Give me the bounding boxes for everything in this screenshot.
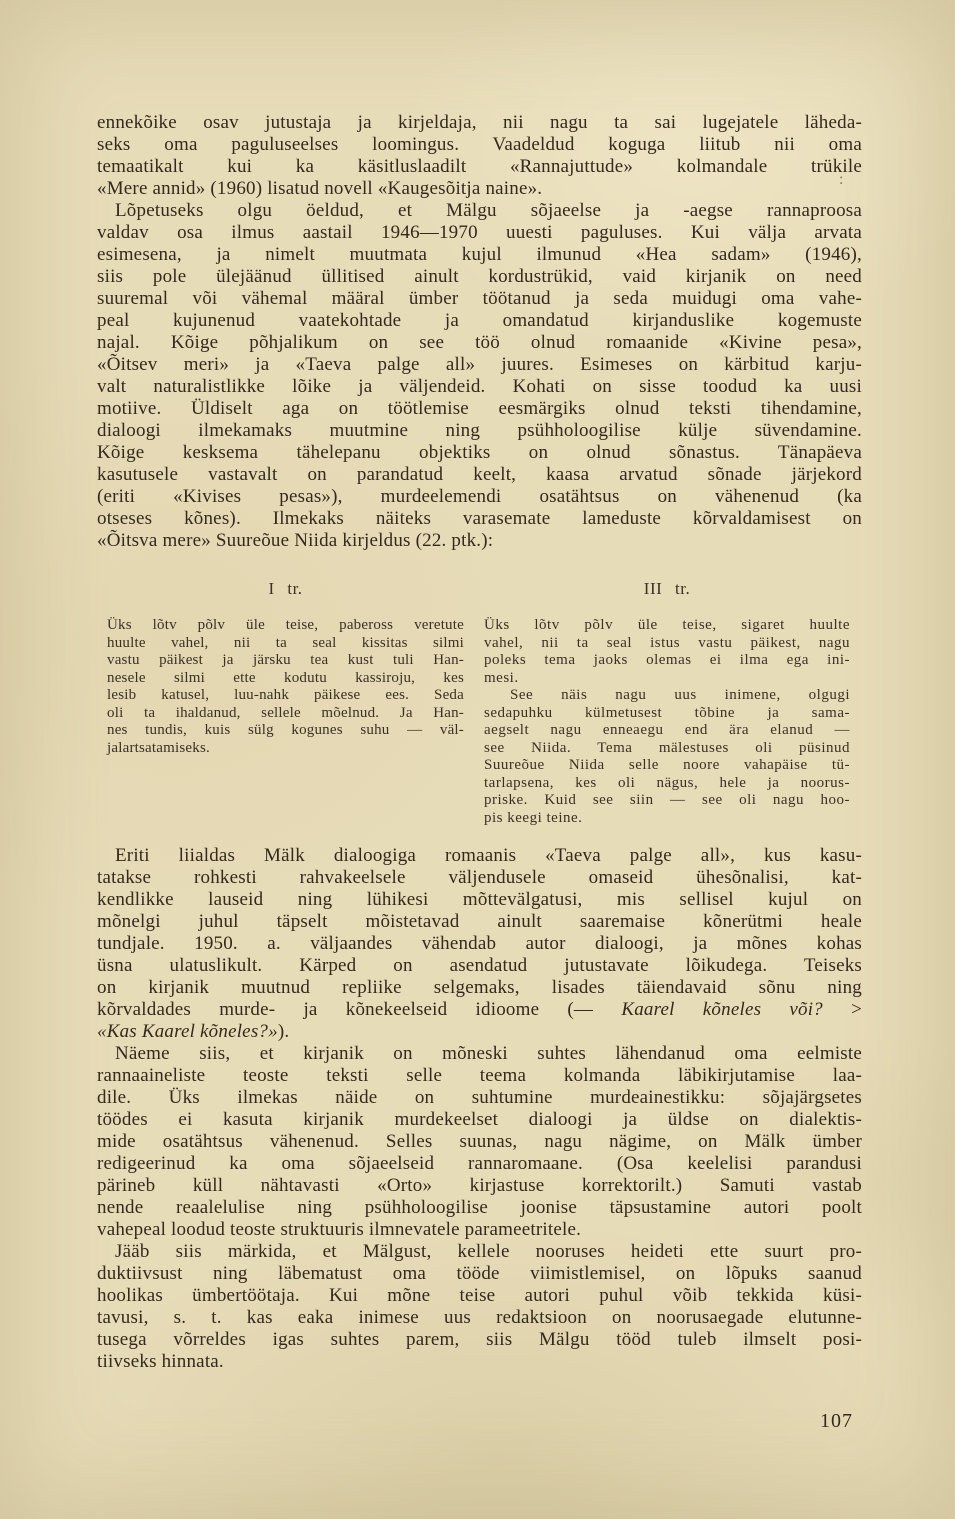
text-line: hoolikas ümbertöötaja. Kui mõne teise au… [97, 1285, 862, 1307]
text-line: tusega võrreldes igas suhtes parem, siis… [97, 1329, 862, 1351]
paragraph: Üks lõtv põlv üle teise, pabeross veretu… [107, 617, 464, 757]
excerpt-column-first-edition: I tr. Üks lõtv põlv üle teise, pabeross … [107, 580, 464, 757]
text-line: rannaaineliste teoste teksti selle teema… [97, 1065, 862, 1087]
text-line: nesele silmi ette kodutu kassiroju, kes [107, 670, 464, 688]
text-line: dile. Üks ilmekas näide on suhtumine mur… [97, 1087, 862, 1109]
text-line: (eriti «Kivises pesas»), murdeelemendi o… [97, 486, 862, 508]
text-line: Üks lõtv põlv üle teise, pabeross veretu… [107, 617, 464, 635]
text-line: aegselt nagu enneaegu end ära elanud — [484, 722, 850, 740]
text-line: dialoogi ilmekamaks muutmine ning psühho… [97, 420, 862, 442]
paragraph: Lõpetuseks olgu öeldud, et Mälgu sõjaeel… [97, 200, 862, 552]
text-line: nende reaalelulise ning psühholoogilise … [97, 1197, 862, 1219]
paragraph: Näeme siis, et kirjanik on mõneski suhte… [97, 1043, 862, 1241]
text-line: on kirjanik muutnud repliike selgemaks, … [97, 977, 862, 999]
text-line: mõnelgi juhul täpselt mõistetavad ainult… [97, 911, 862, 933]
text-line: vastu päikest ja järsku tea kust tuli Ha… [107, 652, 464, 670]
text-line: Üks lõtv põlv üle teise, sigaret huulte [484, 617, 850, 635]
text-line: nes tundis, kuis sülg kogunes suhu — väl… [107, 722, 464, 740]
text-line: vahepeal loodud teoste struktuuris ilmne… [97, 1219, 862, 1241]
excerpt-text-first-edition: Üks lõtv põlv üle teise, pabeross veretu… [107, 617, 464, 757]
excerpt-heading-third-edition: III tr. [484, 580, 850, 598]
text-line: Suureõue Niida selle noore vahapäise tü- [484, 757, 850, 775]
text-line: mide osatähtsus vähenenud. Selles suunas… [97, 1131, 862, 1153]
text-line: Jääb siis märkida, et Mälgust, kellele n… [97, 1241, 862, 1263]
text-line: seks oma paguluseelses loomingus. Vaadel… [97, 134, 862, 156]
page-number: 107 [97, 1410, 853, 1433]
scanned-book-page: { "document": { "type": "scanned-book-pa… [0, 0, 955, 1519]
text-line: Eriti liialdas Mälk dialoogiga romaanis … [97, 845, 862, 867]
paragraph: Jääb siis märkida, et Mälgust, kellele n… [97, 1241, 862, 1373]
text-line: najal. Kõige põhjalikum on see töö olnud… [97, 332, 862, 354]
text-line: kendlikke lauseid ning lühikesi mõtteväl… [97, 889, 862, 911]
text-line: peal kujunenud vaatekohtade ja omandatud… [97, 310, 862, 332]
text-line: Kõige kesksema tähelepanu objektiks on o… [97, 442, 862, 464]
text-line: huulte vahel, nii ta seal kissitas silmi [107, 635, 464, 653]
body-text-upper: ennekõike osav jutustaja ja kirjeldaja, … [97, 112, 862, 552]
excerpt-heading-first-edition: I tr. [107, 580, 464, 598]
text-line: «Õitsva mere» Suureõue Niida kirjeldus (… [97, 530, 862, 552]
text-line: valdav osa ilmus aastail 1946—1970 uuest… [97, 222, 862, 244]
text-line: «Kas Kaarel kõneles?»). [97, 1021, 862, 1043]
text-line: jalartsatamiseks. [107, 740, 464, 758]
text-line: ennekõike osav jutustaja ja kirjeldaja, … [97, 112, 862, 134]
text-line: lesib katusel, luu-nahk päikese ees. Sed… [107, 687, 464, 705]
text-line: Lõpetuseks olgu öeldud, et Mälgu sõjaeel… [97, 200, 862, 222]
text-line: valt naturalistlikke lõike ja väljendeid… [97, 376, 862, 398]
paragraph: Üks lõtv põlv üle teise, sigaret huultev… [484, 617, 850, 687]
text-line: tatakse rohkesti rahvakeelsele väljendus… [97, 867, 862, 889]
text-line: siis pole ülejäänud üllitised ainult kor… [97, 266, 862, 288]
body-text-lower: Eriti liialdas Mälk dialoogiga romaanis … [97, 845, 862, 1373]
text-line: duktiivsust ning läbematust oma tööde vi… [97, 1263, 862, 1285]
text-line: mesi. [484, 670, 850, 688]
text-line: kasutusele vastavalt on parandatud keelt… [97, 464, 862, 486]
excerpt-column-third-edition: III tr. Üks lõtv põlv üle teise, sigaret… [484, 580, 850, 827]
text-line: suuremal või vähemal määral ümber töötan… [97, 288, 862, 310]
paragraph: Eriti liialdas Mälk dialoogiga romaanis … [97, 845, 862, 1043]
text-line: tundjale. 1950. a. väljaandes vähendab a… [97, 933, 862, 955]
text-line: tiivseks hinnata. [97, 1351, 862, 1373]
text-line: kõrvaldades murde- ja kõnekeelseid idioo… [97, 999, 862, 1021]
text-line: vahel, nii ta seal istus vastu päikest, … [484, 635, 850, 653]
text-line: see Niida. Tema mälestuses oli püsinud [484, 740, 850, 758]
text-line: Näeme siis, et kirjanik on mõneski suhte… [97, 1043, 862, 1065]
text-line: pärineb küll nähtavasti «Orto» kirjastus… [97, 1175, 862, 1197]
excerpt-comparison: I tr. Üks lõtv põlv üle teise, pabeross … [0, 580, 955, 840]
text-line: motiive. Üldiselt aga on töötlemise eesm… [97, 398, 862, 420]
text-line: poleks tema jaoks olemas ei ilma ega ini… [484, 652, 850, 670]
text-line: esimesena, ja nimelt muutmata kujul ilmu… [97, 244, 862, 266]
text-line: temaatikalt kui ka käsitluslaadilt «Rann… [97, 156, 862, 178]
text-line: «Õitsev meri» ja «Taeva palge all» juure… [97, 354, 862, 376]
paragraph: See näis nagu uus inimene, olgugisedapuh… [484, 687, 850, 827]
text-line: töödes ei kasuta kirjanik murdekeelset d… [97, 1109, 862, 1131]
text-line: tarlapsena, kes oli nägus, hele ja nooru… [484, 775, 850, 793]
text-line: oli ta ihaldanud, sellele mõelnud. Ja Ha… [107, 705, 464, 723]
text-line: sedapuhku külmetusest tõbine ja sama- [484, 705, 850, 723]
text-line: otseses kõnes). Ilmekaks näiteks varasem… [97, 508, 862, 530]
excerpt-text-third-edition: Üks lõtv põlv üle teise, sigaret huultev… [484, 617, 850, 827]
text-line: See näis nagu uus inimene, olgugi [484, 687, 850, 705]
text-line: «Mere annid» (1960) lisatud novell «Kaug… [97, 178, 862, 200]
text-line: tavusi, s. t. kas eaka inimese uus redak… [97, 1307, 862, 1329]
print-artifact-mark: : [839, 171, 843, 189]
text-line: redigeerinud ka oma sõjaeelseid rannarom… [97, 1153, 862, 1175]
paragraph: ennekõike osav jutustaja ja kirjeldaja, … [97, 112, 862, 200]
text-line: priske. Kuid see siin — see oli nagu hoo… [484, 792, 850, 810]
text-line: pis keegi teine. [484, 810, 850, 828]
text-line: üsna ulatuslikult. Kärped on asendatud j… [97, 955, 862, 977]
